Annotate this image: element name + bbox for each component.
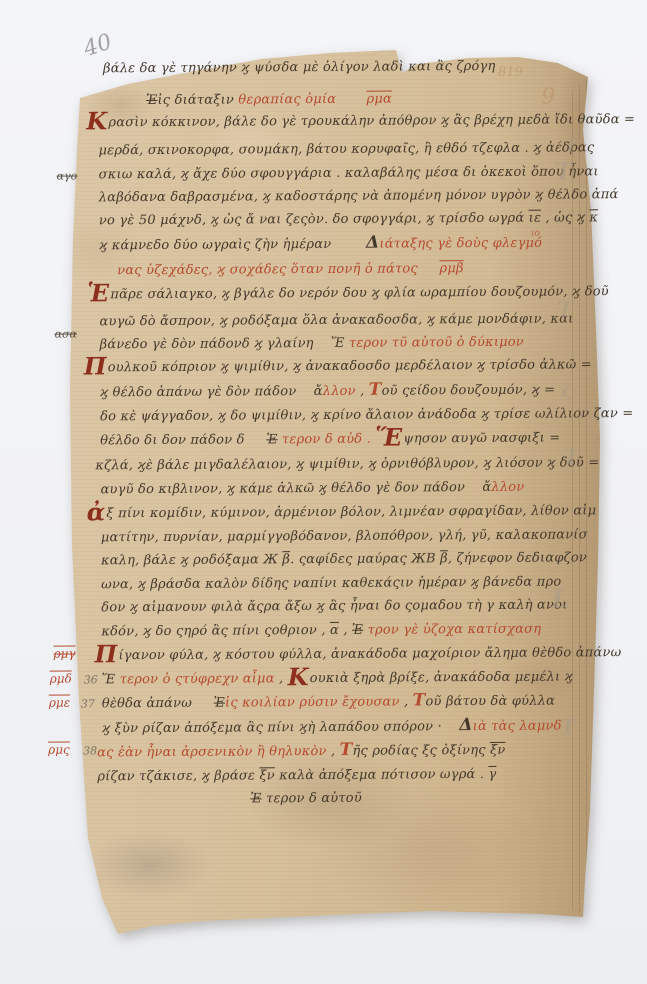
- ink-bleedthrough-mark: T: [563, 444, 579, 469]
- margin-mark: ιο: [531, 229, 540, 239]
- margin-mark: ρμε: [49, 696, 70, 710]
- ink-bleedthrough-mark: T: [555, 156, 573, 185]
- margin-mark: ασα: [55, 327, 77, 340]
- margin-mark: αγο: [57, 169, 78, 182]
- margin-mark: 36: [84, 673, 98, 686]
- margin-mark: 38: [83, 744, 97, 757]
- ink-bleedthrough-mark: T: [557, 296, 573, 321]
- ink-bleedthrough-mark: ζ: [562, 381, 572, 401]
- margin-mark: 819: [498, 65, 523, 80]
- ink-bleedthrough-mark: Γ: [566, 136, 579, 157]
- margin-mark: ρμς: [48, 743, 70, 757]
- margin-mark: 40: [81, 30, 115, 63]
- margin-mark: ρμδ: [50, 672, 72, 686]
- margin-marks-layer: 408199αγοασαιορμγρμδ36ρμε37ρμς38ΓTTζTLT: [0, 0, 647, 984]
- manuscript-scan: βάλε δα γὲ τηγάνην ϗ ψύσδα μὲ ὀλίγον λαδ…: [0, 0, 647, 984]
- margin-mark: 37: [81, 697, 95, 710]
- ink-bleedthrough-mark: T: [560, 714, 576, 739]
- ink-bleedthrough-mark: L: [551, 584, 569, 614]
- margin-mark: 9: [541, 85, 555, 110]
- margin-mark: ρμγ: [54, 646, 76, 660]
